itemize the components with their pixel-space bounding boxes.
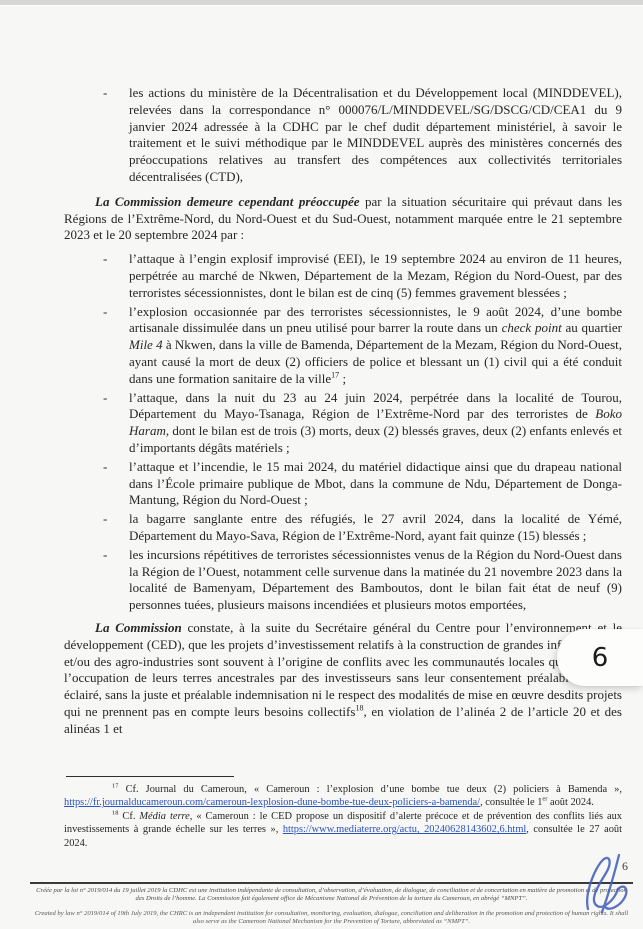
list-item-eei-attack: - l’attaque à l’engin explosif improvisé…	[64, 251, 622, 301]
page-indicator-label: 6	[592, 643, 609, 673]
list-item-text: l’attaque et l’incendie, le 15 mai 2024,…	[129, 459, 622, 509]
list-item-tourou-attack: - l’attaque, dans la nuit du 23 au 24 ju…	[64, 390, 622, 457]
dash-marker: -	[103, 547, 129, 614]
document-body: - les actions du ministère de la Décentr…	[64, 85, 622, 744]
footnote-link[interactable]: https://www.mediaterre.org/actu, 2024062…	[283, 824, 526, 835]
dash-marker: -	[103, 459, 129, 509]
dash-marker: -	[103, 390, 129, 457]
list-item-incursions: - les incursions répétitives de terroris…	[64, 547, 622, 614]
footnote-link[interactable]: https://fr.journalducameroun.com/camerou…	[64, 797, 480, 808]
list-item-text: l’explosion occasionnée par des terroris…	[129, 304, 622, 388]
page-indicator-bubble[interactable]: 6	[557, 629, 643, 686]
footnote-separator-rule	[66, 776, 234, 777]
scan-edge-top	[0, 0, 643, 6]
list-item-text: l’attaque à l’engin explosif improvisé (…	[129, 251, 622, 301]
list-item-text: les incursions répétitives de terroriste…	[129, 547, 622, 614]
list-item-text: la bagarre sanglante entre des réfugiés,…	[129, 511, 622, 545]
list-item-bomb-explosion: - l’explosion occasionnée par des terror…	[64, 304, 622, 388]
dash-marker: -	[103, 511, 129, 545]
list-item-refugee-brawl: - la bagarre sanglante entre des réfugié…	[64, 511, 622, 545]
footer-text-english: Created by law n° 2019/014 of 19th July …	[34, 910, 629, 927]
list-item-school-fire: - l’attaque et l’incendie, le 15 mai 202…	[64, 459, 622, 509]
signature-scribble-icon	[574, 849, 638, 917]
footnote-18: 18 Cf. Média terre, « Cameroun : le CED …	[64, 810, 622, 850]
list-item-text: l’attaque, dans la nuit du 23 au 24 juin…	[129, 390, 622, 457]
list-item-carryover: - les actions du ministère de la Décentr…	[64, 85, 622, 186]
incident-list: - l’attaque à l’engin explosif improvisé…	[64, 251, 622, 614]
footnotes-section: 17 Cf. Journal du Cameroun, « Cameroun :…	[64, 783, 622, 850]
page-footer: Créée par la loi n° 2019/014 du 19 juill…	[34, 887, 629, 927]
paragraph-commission-constate: La Commission constate, à la suite du Se…	[64, 620, 622, 738]
footer-rule	[30, 882, 633, 884]
document-page: - les actions du ministère de la Décentr…	[0, 0, 643, 929]
list-item-text: les actions du ministère de la Décentral…	[129, 85, 622, 186]
dash-marker: -	[103, 304, 129, 388]
paragraph-commission-preoccupee: La Commission demeure cependant préoccup…	[64, 194, 622, 244]
footnote-17: 17 Cf. Journal du Cameroun, « Cameroun :…	[64, 783, 622, 810]
footer-text-french: Créée par la loi n° 2019/014 du 19 juill…	[34, 887, 629, 904]
dash-marker: -	[103, 251, 129, 301]
dash-marker: -	[103, 85, 129, 186]
